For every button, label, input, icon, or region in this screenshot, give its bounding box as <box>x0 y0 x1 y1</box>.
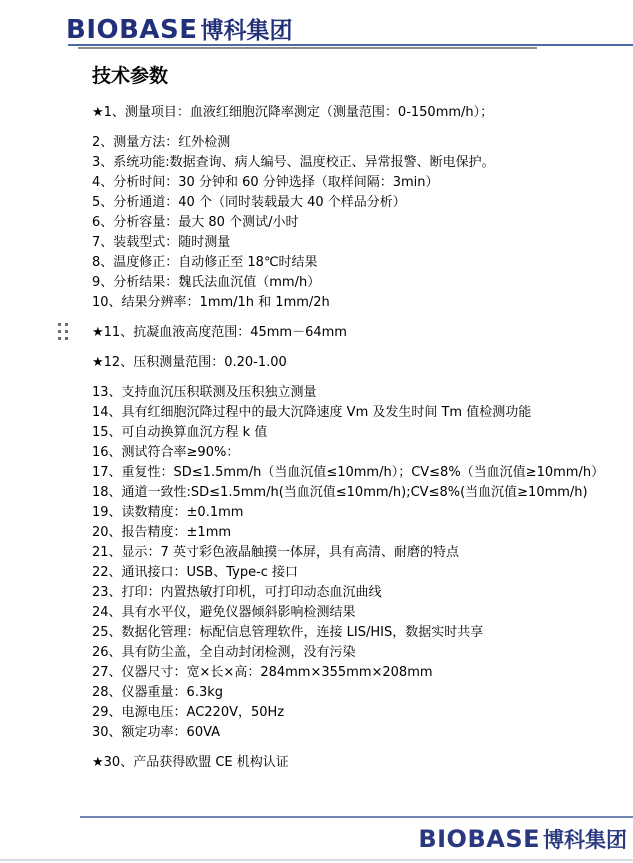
document-page: BIOBASE博科集团 技术参数 ★1、测量项目：血液红细胞沉降率测定（测量范围… <box>0 0 633 863</box>
spec-item-text: 5、分析通道：40 个（同时装载最大 40 个样品分析） <box>92 195 406 210</box>
spec-item-text: 8、温度修正：自动修正至 18℃时结果 <box>92 255 318 270</box>
spec-item: 26、具有防尘盖，全自动封闭检测，没有污染 <box>92 643 604 663</box>
spec-item-text: 30、产品获得欧盟 CE 机构认证 <box>104 755 289 770</box>
spec-item: 21、显示：7 英寸彩色液晶触摸一体屏，具有高清、耐磨的特点 <box>92 543 604 563</box>
spec-item-text: 3、系统功能:数据查询、病人编号、温度校正、异常报警、断电保护。 <box>92 155 495 170</box>
spec-item: 28、仪器重量：6.3kg <box>92 683 604 703</box>
spec-item-text: 7、装载型式：随时测量 <box>92 235 230 250</box>
drag-handle-dots <box>58 323 61 326</box>
spec-item-text: 22、通讯接口：USB、Type-c 接口 <box>92 565 298 580</box>
spec-item: 15、可自动换算血沉方程 k 值 <box>92 423 604 443</box>
spec-item-text: 12、压积测量范围：0.20-1.00 <box>104 355 287 370</box>
biobase-logo-wordmark: BIOBASE <box>66 15 198 45</box>
spec-item: ★11、抗凝血液高度范围：45mm－64mm <box>92 323 604 343</box>
spec-item-text: 20、报告精度：±1mm <box>92 525 231 540</box>
page-bottom-edge <box>0 859 633 861</box>
spec-item-text: 26、具有防尘盖，全自动封闭检测，没有污染 <box>92 645 356 660</box>
spec-item-text: 2、测量方法：红外检测 <box>92 135 230 150</box>
header-divider-gray <box>78 47 537 49</box>
spec-item: 2、测量方法：红外检测 <box>92 133 604 153</box>
spec-item: 4、分析时间：30 分钟和 60 分钟选择（取样间隔：3min） <box>92 173 604 193</box>
spec-item-text: 30、额定功率：60VA <box>92 725 220 740</box>
spec-item: 29、电源电压：AC220V，50Hz <box>92 703 604 723</box>
spec-item-text: 18、通道一致性:SD≤1.5mm/h(当血沉值≤10mm/h);CV≤8%(当… <box>92 485 588 500</box>
spec-item: 27、仪器尺寸：宽×长×高：284mm×355mm×208mm <box>92 663 604 683</box>
spec-item-text: 9、分析结果：魏氏法血沉值（mm/h） <box>92 275 320 290</box>
spec-item: 7、装载型式：随时测量 <box>92 233 604 253</box>
spec-item-text: 25、数据化管理：标配信息管理软件，连接 LIS/HIS，数据实时共享 <box>92 625 483 640</box>
spec-item: 25、数据化管理：标配信息管理软件，连接 LIS/HIS，数据实时共享 <box>92 623 604 643</box>
spec-item: 24、具有水平仪，避免仪器倾斜影响检测结果 <box>92 603 604 623</box>
drag-handle-icon[interactable] <box>55 320 71 342</box>
spec-item-text: 17、重复性：SD≤1.5mm/h（当血沉值≤10mm/h）；CV≤8%（当血沉… <box>92 465 604 480</box>
spec-item: 16、测试符合率≥90%： <box>92 443 604 463</box>
star-icon: ★ <box>92 755 104 770</box>
spec-item: 19、读数精度：±0.1mm <box>92 503 604 523</box>
spec-item: 14、具有红细胞沉降过程中的最大沉降速度 Vm 及发生时间 Tm 值检测功能 <box>92 403 604 423</box>
spec-item-text: 6、分析容量：最大 80 个测试/小时 <box>92 215 298 230</box>
spec-item: 13、支持血沉压积联测及压积独立测量 <box>92 383 604 403</box>
spec-item: ★1、测量项目：血液红细胞沉降率测定（测量范围：0-150mm/h）； <box>92 103 604 123</box>
biobase-logo: BIOBASE博科集团 <box>66 12 293 45</box>
spec-item: 30、额定功率：60VA <box>92 723 604 743</box>
spec-item-text: 4、分析时间：30 分钟和 60 分钟选择（取样间隔：3min） <box>92 175 439 190</box>
spec-item-text: 11、抗凝血液高度范围：45mm－64mm <box>104 325 347 340</box>
spec-item-text: 13、支持血沉压积联测及压积独立测量 <box>92 385 317 400</box>
spec-item: 3、系统功能:数据查询、病人编号、温度校正、异常报警、断电保护。 <box>92 153 604 173</box>
biobase-footer-cn-text: 博科集团 <box>543 828 627 852</box>
spec-item-text: 15、可自动换算血沉方程 k 值 <box>92 425 267 440</box>
spec-item-text: 23、打印：内置热敏打印机，可打印动态血沉曲线 <box>92 585 382 600</box>
spec-item: 23、打印：内置热敏打印机，可打印动态血沉曲线 <box>92 583 604 603</box>
biobase-logo-cn-text: 博科集团 <box>201 18 293 44</box>
spec-item: 18、通道一致性:SD≤1.5mm/h(当血沉值≤10mm/h);CV≤8%(当… <box>92 483 604 503</box>
spec-item-text: 14、具有红细胞沉降过程中的最大沉降速度 Vm 及发生时间 Tm 值检测功能 <box>92 405 531 420</box>
biobase-footer-wordmark: BIOBASE <box>418 825 540 853</box>
spec-item-text: 29、电源电压：AC220V，50Hz <box>92 705 284 720</box>
star-icon: ★ <box>92 355 104 370</box>
spec-item-text: 21、显示：7 英寸彩色液晶触摸一体屏，具有高清、耐磨的特点 <box>92 545 459 560</box>
spec-item: ★12、压积测量范围：0.20-1.00 <box>92 353 604 373</box>
spec-item-text: 24、具有水平仪，避免仪器倾斜影响检测结果 <box>92 605 356 620</box>
spec-item: 5、分析通道：40 个（同时装载最大 40 个样品分析） <box>92 193 604 213</box>
spec-item-text: 16、测试符合率≥90%： <box>92 445 239 460</box>
header-divider-blue <box>68 44 633 46</box>
spec-item: 9、分析结果：魏氏法血沉值（mm/h） <box>92 273 604 293</box>
spec-item: ★30、产品获得欧盟 CE 机构认证 <box>92 753 604 773</box>
star-icon: ★ <box>92 325 104 340</box>
spec-item-text: 19、读数精度：±0.1mm <box>92 505 243 520</box>
spec-item: 22、通讯接口：USB、Type-c 接口 <box>92 563 604 583</box>
spec-item: 10、结果分辨率：1mm/1h 和 1mm/2h <box>92 293 604 313</box>
spec-item: 6、分析容量：最大 80 个测试/小时 <box>92 213 604 233</box>
spec-list: ★1、测量项目：血液红细胞沉降率测定（测量范围：0-150mm/h）；2、测量方… <box>92 103 604 773</box>
spec-item: 8、温度修正：自动修正至 18℃时结果 <box>92 253 604 273</box>
biobase-footer-logo: BIOBASE博科集团 <box>418 824 627 854</box>
spec-item: 20、报告精度：±1mm <box>92 523 604 543</box>
page-title: 技术参数 <box>92 61 168 88</box>
footer-divider <box>80 816 633 818</box>
spec-item: 17、重复性：SD≤1.5mm/h（当血沉值≤10mm/h）；CV≤8%（当血沉… <box>92 463 604 483</box>
spec-item-text: 27、仪器尺寸：宽×长×高：284mm×355mm×208mm <box>92 665 433 680</box>
spec-item-text: 10、结果分辨率：1mm/1h 和 1mm/2h <box>92 295 330 310</box>
spec-item-text: 1、测量项目：血液红细胞沉降率测定（测量范围：0-150mm/h）； <box>104 105 494 120</box>
star-icon: ★ <box>92 105 104 120</box>
spec-item-text: 28、仪器重量：6.3kg <box>92 685 223 700</box>
